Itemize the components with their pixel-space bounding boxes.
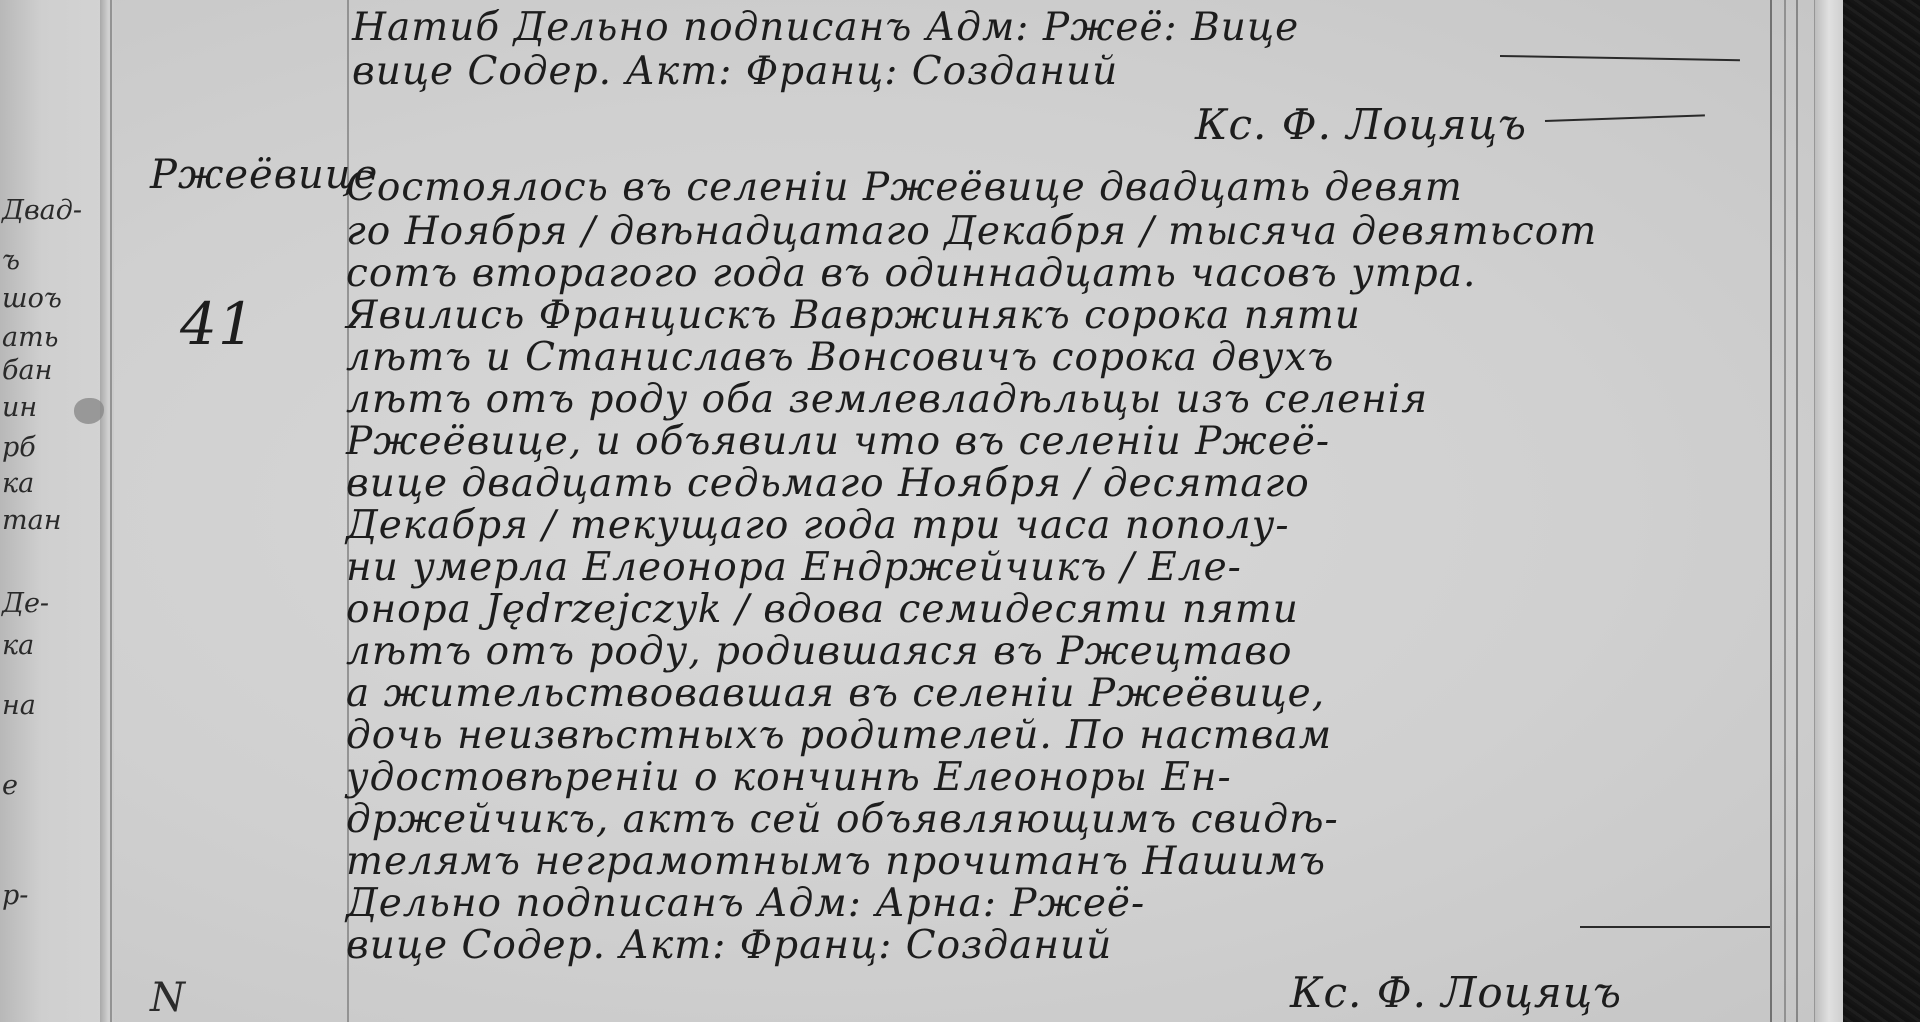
left-fragment: шоъ xyxy=(2,283,62,314)
left-fragment: ка xyxy=(2,630,34,661)
book-binding xyxy=(1843,0,1920,1022)
left-fragment: ъ xyxy=(2,245,20,276)
left-column-rule xyxy=(110,0,112,1022)
left-fragment: Де- xyxy=(2,588,49,619)
record-line: а жительствовавшая въ селеніи Ржеёвице, xyxy=(346,674,1325,714)
previous-record-signature: Кс. Ф. Лоцяцъ xyxy=(1195,100,1527,149)
record-place-name: Ржеёвице xyxy=(150,152,378,198)
record-line: Состоялось въ селеніи Ржеёвице двадцать … xyxy=(346,168,1463,208)
record-line: Декабря / текущаго года три часа пополу- xyxy=(346,506,1290,546)
record-end-stroke xyxy=(1580,926,1770,928)
page-edge xyxy=(1815,0,1843,1022)
left-fragment: тан xyxy=(2,505,61,536)
record-line: ни умерла Елеонора Ендржейчикъ / Еле- xyxy=(346,548,1242,588)
record-line: го Ноября / двѣнадцатаго Декабря / тысяч… xyxy=(346,212,1597,252)
record-signature: Кс. Ф. Лоцяцъ xyxy=(1290,968,1622,1017)
record-line: удостовѣреніи о кончинѣ Елеоноры Ен- xyxy=(346,758,1232,798)
record-line: онора Jędrzejczyk / вдова семидесяти пят… xyxy=(346,590,1299,630)
record-line: телямъ неграмотнымъ прочитанъ Нашимъ xyxy=(346,842,1326,882)
previous-record-line: вице Содер. Акт: Франц: Созданий xyxy=(352,52,1118,92)
previous-record-line: Натиб Дельно подписанъ Адм: Ржеё: Вице xyxy=(352,8,1299,48)
record-line: сотъ вторагого года въ одиннадцать часов… xyxy=(346,254,1476,294)
record-line: вице Содер. Акт: Франц: Созданий xyxy=(346,926,1112,966)
record-line: дочь неизвѣстныхъ родителей. По наствам xyxy=(346,716,1332,756)
left-fragment: е xyxy=(2,770,18,801)
record-line: лѣтъ и Станиславъ Вонсовичъ сорока двухъ xyxy=(346,338,1334,378)
document-scan: Двад- ъ шоъ ать бан ин рб ка тан Де- ка … xyxy=(0,0,1920,1022)
left-fragment: на xyxy=(2,690,36,721)
next-record-mark: N xyxy=(150,975,185,1021)
left-fragment: ка xyxy=(2,468,34,499)
left-fragment: бан xyxy=(2,355,52,386)
left-fragment: ин xyxy=(2,392,37,423)
left-page-margin: Двад- ъ шоъ ать бан ин рб ка тан Де- ка … xyxy=(0,0,105,1022)
record-line: лѣтъ отъ роду оба землевладѣльцы изъ сел… xyxy=(346,380,1428,420)
left-fragment: рб xyxy=(2,432,36,463)
record-line: лѣтъ отъ роду, родившаяся въ Ржецтаво xyxy=(346,632,1292,672)
record-line: Ржеёвице, и объявили что въ селеніи Ржеё… xyxy=(346,422,1330,462)
left-fragment: Двад- xyxy=(2,195,82,226)
record-number: 41 xyxy=(180,290,256,358)
record-line: Явились Францискъ Вавржинякъ сорока пяти xyxy=(346,296,1361,336)
left-fragment: ать xyxy=(2,322,58,353)
record-line: држейчикъ, актъ сей объявляющимъ свидѣ- xyxy=(346,800,1339,840)
record-line: вице двадцать седьмаго Ноября / десятаго xyxy=(346,464,1310,504)
record-line: Дельно подписанъ Адм: Арна: Ржеё- xyxy=(346,884,1145,924)
left-fragment: р- xyxy=(2,880,28,911)
